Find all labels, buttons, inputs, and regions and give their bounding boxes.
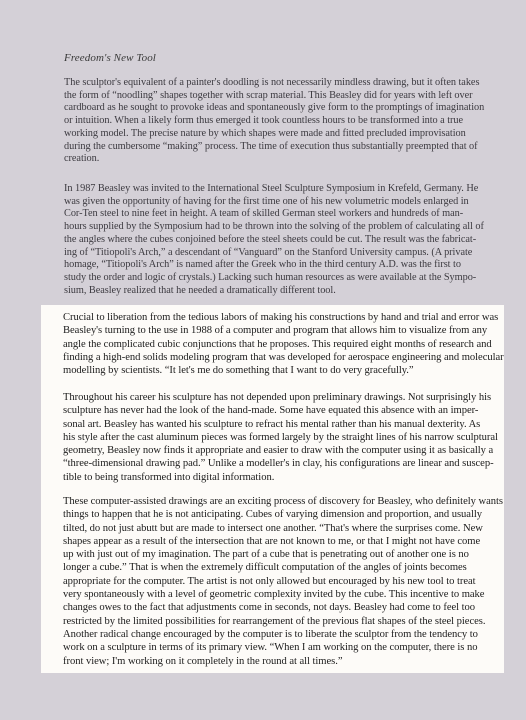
highlight-paragraph-3: These computer-assisted drawings are an … [63,495,497,668]
text-line: sculpture has never had the look of the … [63,404,497,417]
text-line: tible to being transformed into digital … [63,471,497,484]
highlighted-text-box: Crucial to liberation from the tedious l… [41,305,504,673]
highlight-paragraph-2: Throughout his career his sculpture has … [63,391,497,484]
text-line: the angles where the cubes conjoined bef… [64,234,500,247]
text-line: geometry, Beasley now finds it appropria… [63,444,497,457]
highlight-paragraph-1: Crucial to liberation from the tedious l… [63,311,497,377]
text-line: longer a cube.” That is when the extreme… [63,561,497,574]
intro-paragraph-1: The sculptor's equivalent of a painter's… [64,77,500,166]
text-line: up with just out of my imagination. The … [63,548,497,561]
text-line: creation. [64,153,500,166]
text-line: In 1987 Beasley was invited to the Inter… [64,183,500,196]
text-line: Another radical change encouraged by the… [63,628,497,641]
text-line: the form of “noodling” shapes together w… [64,90,500,103]
text-line: things to happen that he is not anticipa… [63,508,497,521]
text-line: very spontaneously with a level of geome… [63,588,497,601]
text-line: tilted, do not just abutt but are made t… [63,522,497,535]
text-line: during the cumbersome “making” process. … [64,141,500,154]
text-line: or intuition. When a likely form thus em… [64,115,500,128]
text-line: finding a high-end solids modeling progr… [63,351,497,364]
text-line: changes owes to the fact that adjustment… [63,601,497,614]
page-title: Freedom's New Tool [64,52,156,64]
text-line: restricted by the limited possibilities … [63,615,497,628]
text-line: Crucial to liberation from the tedious l… [63,311,497,324]
text-line: The sculptor's equivalent of a painter's… [64,77,500,90]
text-line: front view; I'm working on it completely… [63,655,497,668]
intro-paragraph-2: In 1987 Beasley was invited to the Inter… [64,183,500,297]
text-line: These computer-assisted drawings are an … [63,495,497,508]
text-line: ing of “Titiopoli's Arch,” a descendant … [64,247,500,260]
text-line: modelling by scientists. “It let's me do… [63,364,497,377]
text-line: study the order and logic of crystals.) … [64,272,500,285]
text-line: appropriate for the computer. The artist… [63,575,497,588]
text-line: cardboard as he sought to provoke ideas … [64,102,500,115]
text-line: Throughout his career his sculpture has … [63,391,497,404]
text-line: working model. The precise nature by whi… [64,128,500,141]
text-line: sium, Beasley realized that he needed a … [64,285,500,298]
text-line: angle the complicated cubic conjunctions… [63,338,497,351]
text-line: homage, “Titiopoli's Arch” is named afte… [64,259,500,272]
text-line: his style after the cast aluminum pieces… [63,431,497,444]
text-line: was given the opportunity of having for … [64,196,500,209]
text-line: hours supplied by the Symposium had to b… [64,221,500,234]
text-line: Beasley's turning to the use in 1988 of … [63,324,497,337]
text-line: work on a sculpture in terms of its prim… [63,641,497,654]
text-line: Cor-Ten steel to nine feet in height. A … [64,208,500,221]
text-line: “three-dimensional drawing pad.” Unlike … [63,457,497,470]
text-line: shapes appear as a result of the interse… [63,535,497,548]
text-line: sonal art. Beasley has wanted his sculpt… [63,418,497,431]
